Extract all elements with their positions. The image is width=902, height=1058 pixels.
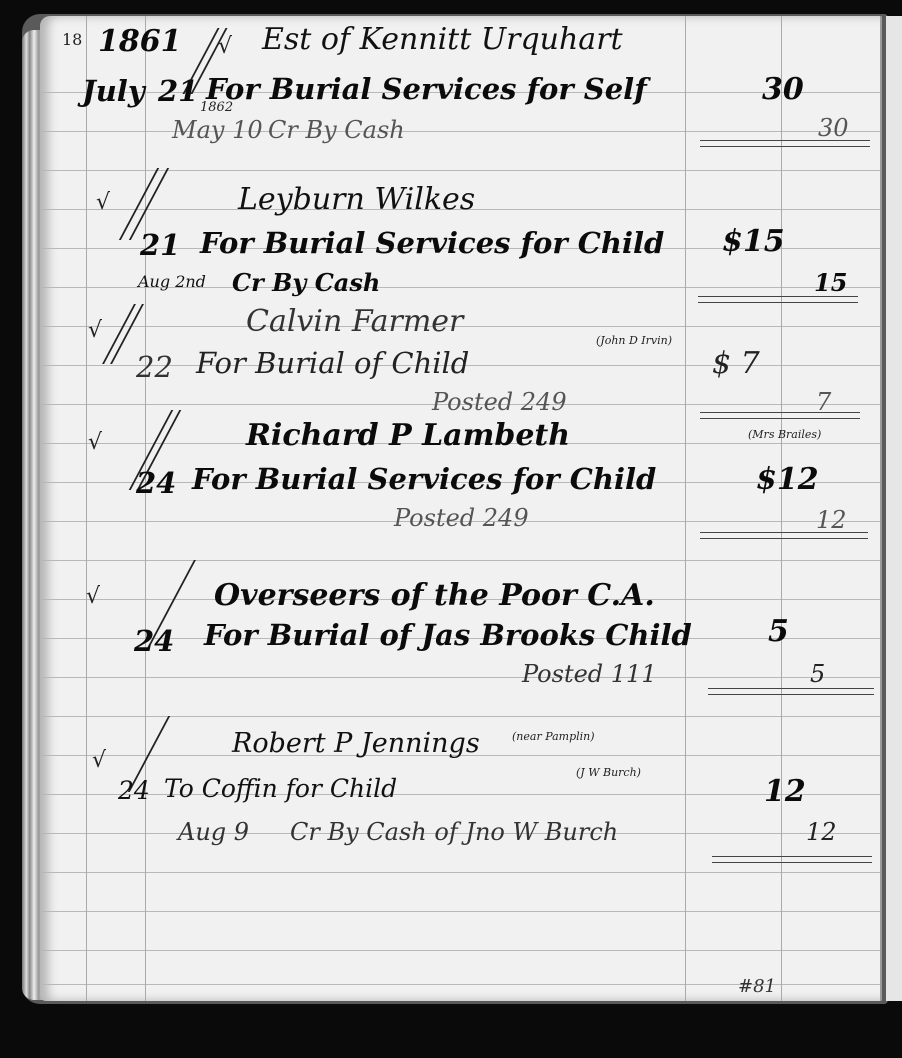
- check-mark-icon: √: [92, 748, 106, 773]
- entry-day: 24: [118, 776, 150, 805]
- entry-description: For Burial Services for Child: [192, 462, 656, 496]
- credit-text: Posted 249: [394, 504, 529, 532]
- account-name: Richard P Lambeth: [246, 418, 570, 453]
- debit-amount: $ 7: [712, 346, 760, 381]
- entry-description: For Burial of Jas Brooks Child: [204, 618, 692, 652]
- check-mark-icon: √: [218, 34, 232, 59]
- account-name: Overseers of the Poor C.A.: [214, 578, 655, 613]
- page-marker: 18: [62, 30, 82, 49]
- credit-date: Aug 2nd: [138, 272, 206, 291]
- credit-text: Cr By Cash of Jno W Burch: [290, 818, 618, 846]
- double-underline: [700, 140, 870, 147]
- account-note-secondary: (J W Burch): [576, 766, 641, 779]
- credit-year: 1862: [200, 100, 233, 115]
- entry-day: 24: [136, 466, 176, 500]
- account-name: Leyburn Wilkes: [238, 182, 475, 217]
- entry-month: July: [82, 74, 145, 108]
- entry-description: For Burial Services for Self: [206, 72, 647, 106]
- credit-amount: 30: [818, 114, 849, 142]
- footer-note: #81: [738, 976, 776, 997]
- credit-text: Posted 111: [522, 660, 657, 688]
- entry-year: 1861: [98, 24, 182, 59]
- debit-amount: 30: [762, 72, 804, 107]
- book-spine: [880, 16, 882, 1001]
- credit-date: Aug 9: [178, 818, 249, 846]
- credit-date: May 10: [172, 116, 263, 144]
- debit-amount: $15: [722, 224, 785, 259]
- entry-description: To Coffin for Child: [164, 774, 397, 803]
- account-note: (near Pamplin): [512, 730, 595, 743]
- double-underline: [708, 688, 874, 695]
- double-underline: [712, 856, 872, 863]
- credit-amount: 12: [816, 506, 847, 534]
- facing-page-edge: [886, 16, 902, 1001]
- credit-text: Posted 249: [432, 388, 567, 416]
- entry-description: For Burial Services for Child: [200, 226, 664, 260]
- credit-text: Cr By Cash: [232, 268, 380, 297]
- double-underline: [700, 412, 860, 419]
- credit-amount: 12: [806, 818, 837, 846]
- credit-text: Cr By Cash: [268, 116, 405, 144]
- account-name: Est of Kennitt Urquhart: [262, 22, 623, 57]
- account-note: (John D Irvin): [596, 334, 672, 347]
- account-name: Calvin Farmer: [246, 304, 463, 339]
- check-mark-icon: √: [96, 190, 110, 215]
- double-underline: [698, 296, 858, 303]
- entry-day: 22: [136, 350, 173, 384]
- account-name: Robert P Jennings: [232, 728, 480, 759]
- credit-amount: 15: [814, 268, 847, 297]
- entry-day: 24: [134, 624, 174, 658]
- entry-day: 21: [140, 228, 180, 262]
- entry-description: For Burial of Child: [196, 346, 469, 380]
- double-underline: [700, 532, 868, 539]
- check-mark-icon: √: [88, 318, 102, 343]
- check-mark-icon: √: [88, 430, 102, 455]
- account-note: (Mrs Brailes): [748, 428, 821, 441]
- debit-amount: 5: [768, 614, 789, 649]
- credit-amount: 5: [810, 660, 825, 688]
- debit-amount: 12: [764, 774, 806, 809]
- debit-amount: $12: [756, 462, 819, 497]
- check-mark-icon: √: [86, 584, 100, 609]
- entry-day: 21: [158, 74, 198, 108]
